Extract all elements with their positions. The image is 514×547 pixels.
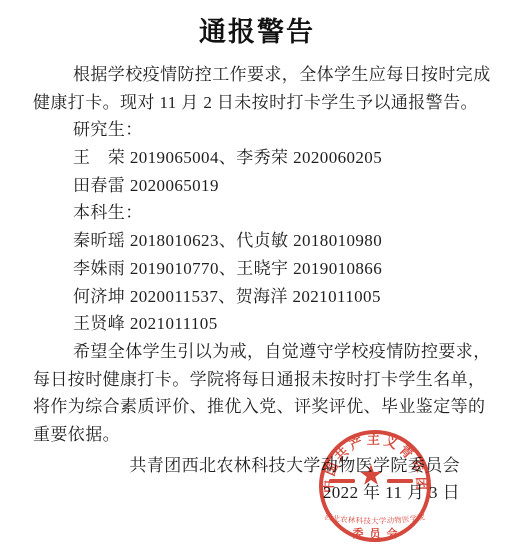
notice-document-page: 通报警告 根据学校疫情防控工作要求，全体学生应每日按时完成 健康打卡。现对 11… xyxy=(0,0,514,547)
stamp-ring-text: 中国共产主义青年团 xyxy=(321,432,429,493)
closing-line: 将作为综合素质评价、推优入党、评奖评优、毕业鉴定等的 xyxy=(33,393,481,421)
graduate-student-row: 田春雷 2020065019 xyxy=(33,172,481,200)
graduate-student-row: 王 荣 2019065004、李秀荣 2020060205 xyxy=(33,144,481,172)
red-star-icon xyxy=(360,464,382,485)
intro-line: 根据学校疫情防控工作要求，全体学生应每日按时完成 xyxy=(33,61,481,89)
stamp-right-bar xyxy=(387,479,413,483)
undergraduate-student-row: 李姝雨 2019010770、王晓宇 2019010866 xyxy=(33,255,481,283)
page-title: 通报警告 xyxy=(0,14,514,50)
intro-line: 健康打卡。现对 11 月 2 日未按时打卡学生予以通报警告。 xyxy=(33,89,481,117)
closing-line: 希望全体学生引以为戒，自觉遵守学校疫情防控要求， xyxy=(33,338,481,366)
svg-text:西北农林科技大学动物医学院: 西北农林科技大学动物医学院 xyxy=(324,512,426,525)
undergraduate-section-label: 本科生： xyxy=(33,199,481,227)
official-red-stamp: 中国共产主义青年团 西北农林科技大学动物医学院 委员会 xyxy=(312,424,439,547)
stamp-org-text: 西北农林科技大学动物医学院 xyxy=(324,512,426,525)
closing-line: 每日按时健康打卡。学院将每日通报未按时打卡学生名单， xyxy=(33,366,481,394)
graduate-section-label: 研究生： xyxy=(33,116,481,144)
undergraduate-student-row: 王贤峰 2021011105 xyxy=(33,310,481,338)
stamp-left-bar xyxy=(329,479,355,483)
undergraduate-student-row: 何济坤 2020011537、贺海洋 2021011005 xyxy=(33,283,481,311)
stamp-committee-text: 委员会 xyxy=(353,526,404,540)
undergraduate-student-row: 秦昕瑶 2018010623、代贞敏 2018010980 xyxy=(33,227,481,255)
svg-text:中国共产主义青年团: 中国共产主义青年团 xyxy=(321,432,429,493)
